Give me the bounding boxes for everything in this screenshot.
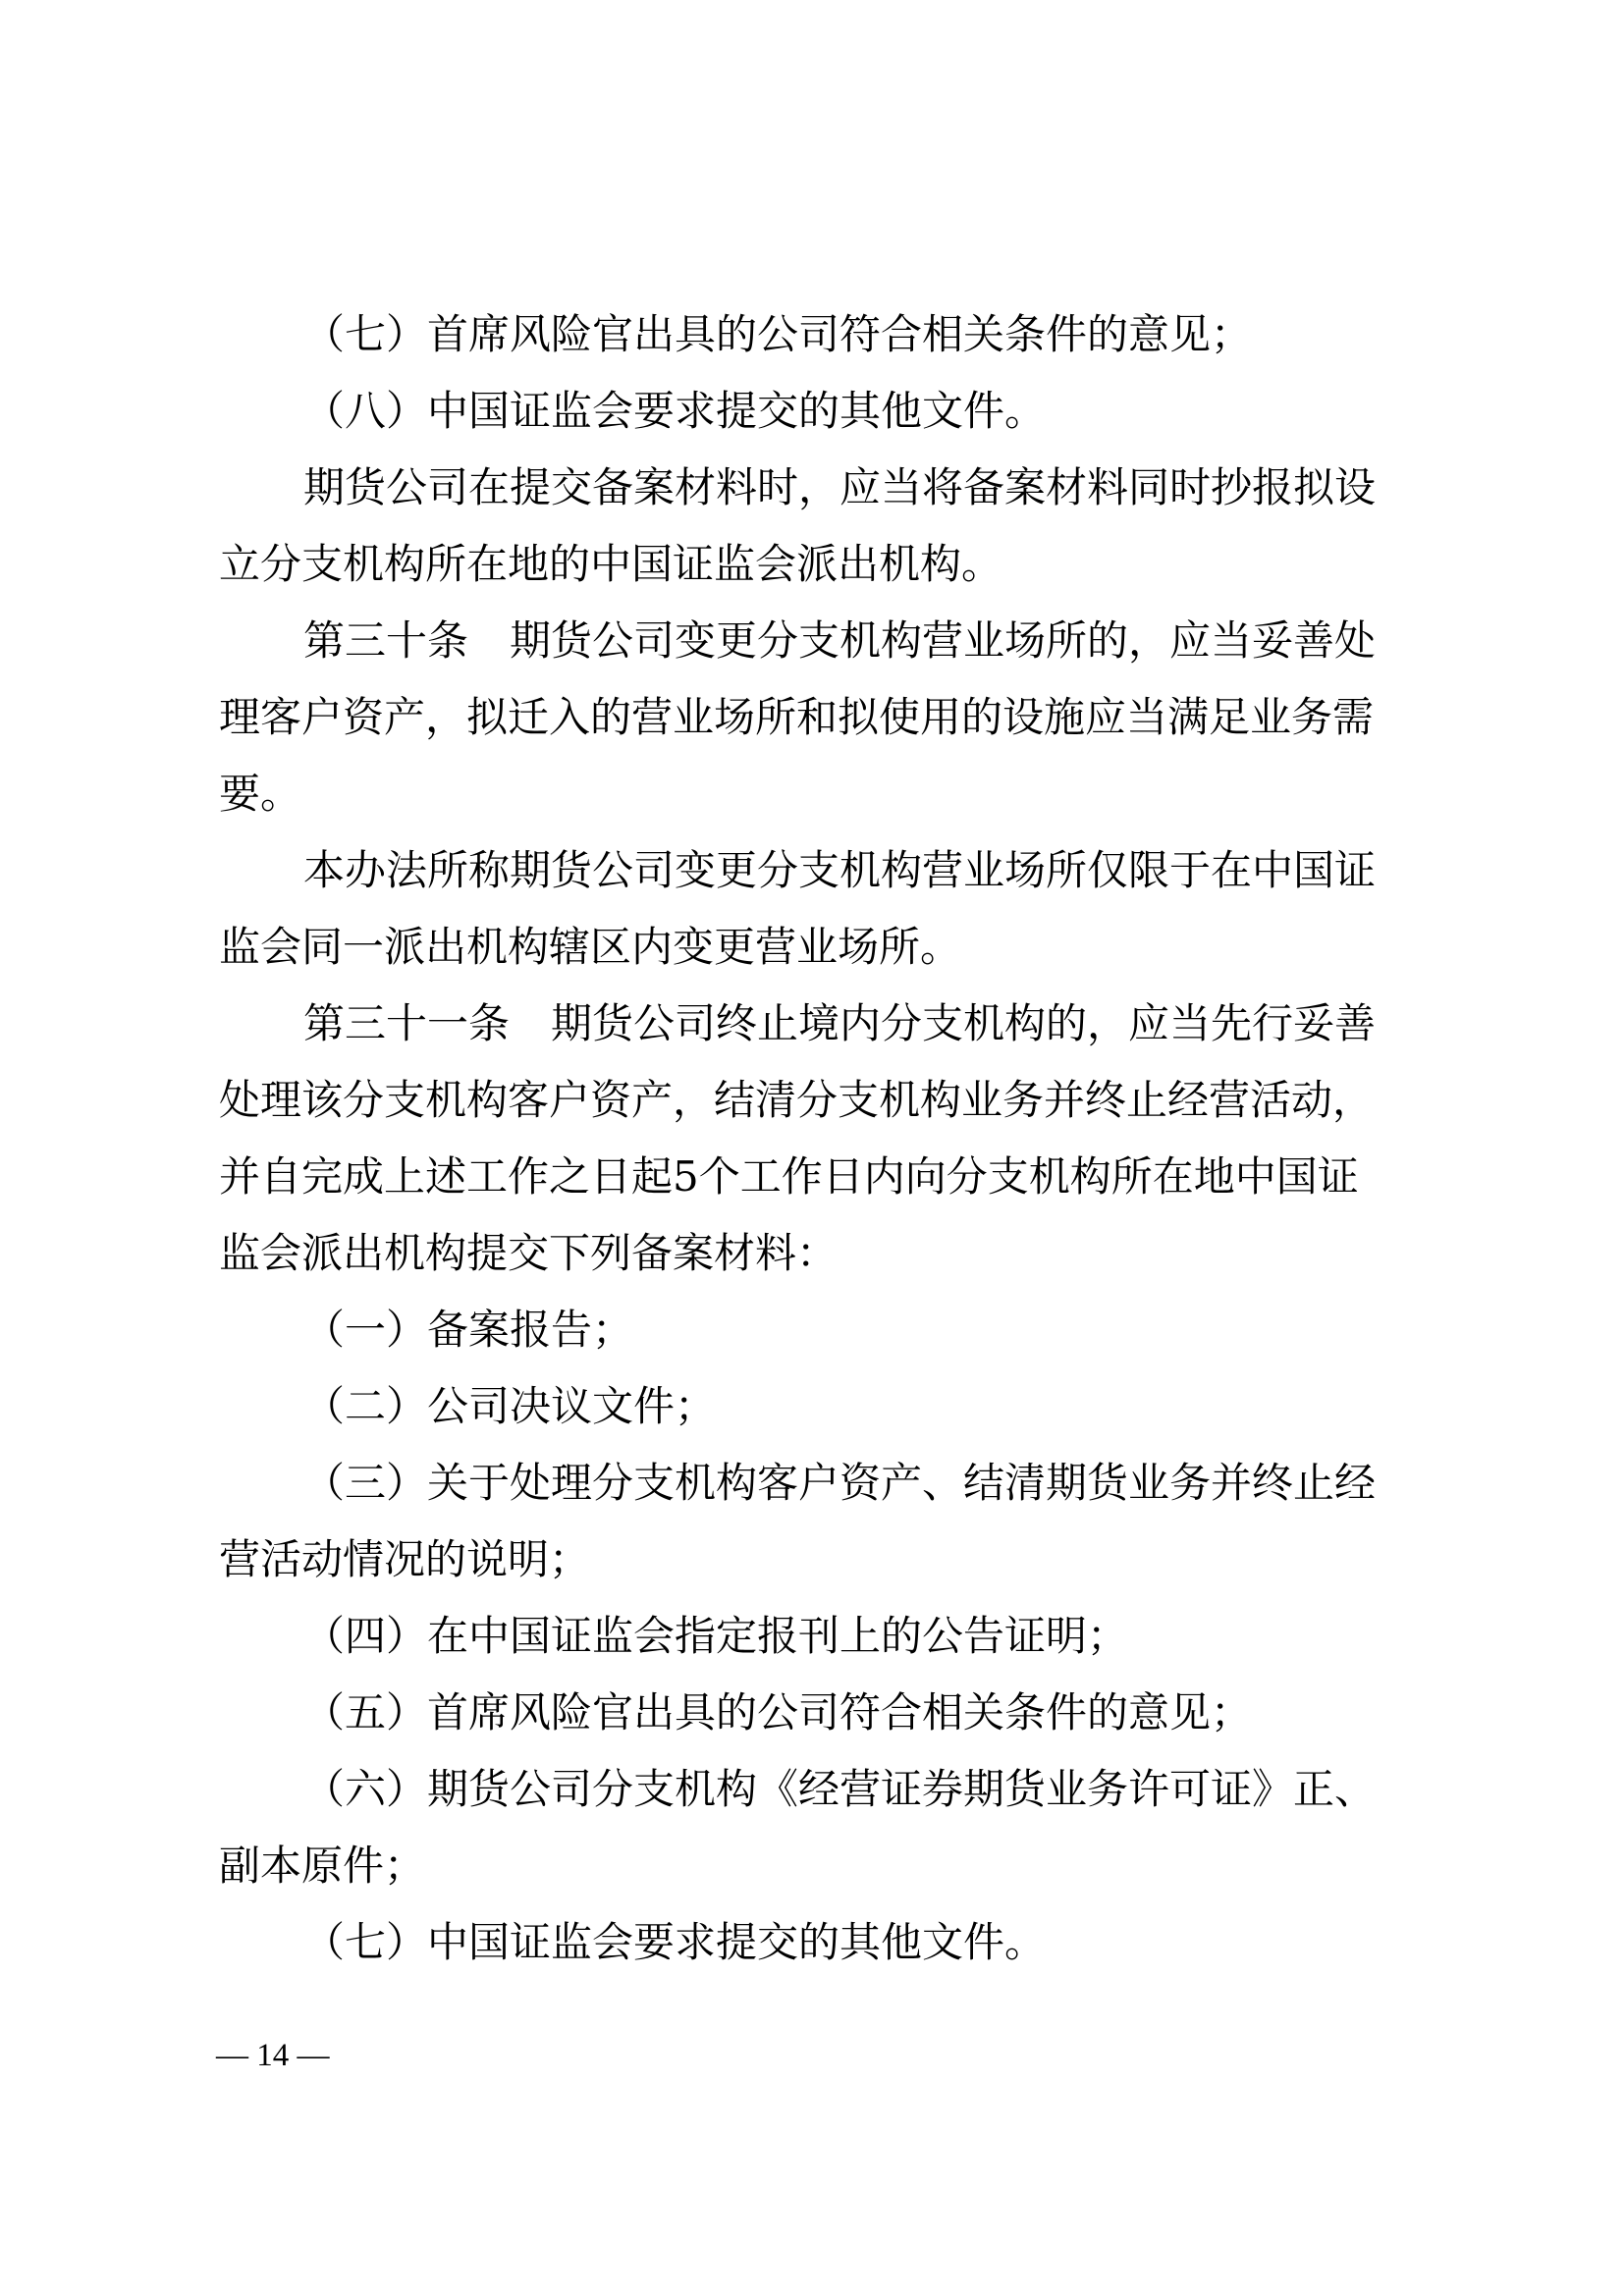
article-30-line-2: 理客户资产，拟迁入的营业场所和拟使用的设施应当满足业务需 bbox=[219, 679, 1412, 756]
article-30-line-3: 要。 bbox=[219, 756, 1412, 832]
list-item-1-filing-report: （一）备案报告； bbox=[303, 1292, 1496, 1368]
article-30-line-1: 第三十条 期货公司变更分支机构营业场所的，应当妥善处 bbox=[303, 603, 1496, 679]
list-item-4-announcement-proof: （四）在中国证监会指定报刊上的公告证明； bbox=[303, 1598, 1496, 1675]
article-31-line-2: 处理该分支机构客户资产，结清分支机构业务并终止经营活动， bbox=[219, 1062, 1412, 1139]
article-31-line-1: 第三十一条 期货公司终止境内分支机构的，应当先行妥善 bbox=[303, 986, 1496, 1062]
page-number: — 14 — bbox=[216, 2036, 330, 2075]
article-31-line-3: 并自完成上述工作之日起5个工作日内向分支机构所在地中国证 bbox=[219, 1139, 1412, 1215]
paragraph-filing-copy-line-2: 立分支机构所在地的中国证监会派出机构。 bbox=[219, 526, 1412, 603]
list-item-3-asset-handling-line-1: （三）关于处理分支机构客户资产、结清期货业务并终止经 bbox=[303, 1445, 1496, 1522]
list-item-7-chief-risk-officer-opinion: （七）首席风险官出具的公司符合相关条件的意见； bbox=[303, 296, 1496, 373]
list-item-2-company-resolution: （二）公司决议文件； bbox=[303, 1368, 1496, 1445]
list-item-8-other-documents: （八）中国证监会要求提交的其他文件。 bbox=[303, 373, 1496, 450]
paragraph-scope-line-1: 本办法所称期货公司变更分支机构营业场所仅限于在中国证 bbox=[303, 832, 1496, 909]
list-item-3-asset-handling-line-2: 营活动情况的说明； bbox=[219, 1522, 1412, 1598]
article-31-line-4: 监会派出机构提交下列备案材料： bbox=[219, 1215, 1412, 1292]
list-item-6-license-line-2: 副本原件； bbox=[219, 1828, 1412, 1904]
document-page: （七）首席风险官出具的公司符合相关条件的意见； （八）中国证监会要求提交的其他文… bbox=[0, 0, 1624, 2296]
paragraph-filing-copy-line-1: 期货公司在提交备案材料时，应当将备案材料同时抄报拟设 bbox=[303, 450, 1496, 526]
list-item-7-other-documents: （七）中国证监会要求提交的其他文件。 bbox=[303, 1904, 1496, 1981]
list-item-6-license-line-1: （六）期货公司分支机构《经营证券期货业务许可证》正、 bbox=[303, 1751, 1496, 1828]
paragraph-scope-line-2: 监会同一派出机构辖区内变更营业场所。 bbox=[219, 909, 1412, 986]
list-item-5-chief-risk-officer-opinion: （五）首席风险官出具的公司符合相关条件的意见； bbox=[303, 1675, 1496, 1751]
